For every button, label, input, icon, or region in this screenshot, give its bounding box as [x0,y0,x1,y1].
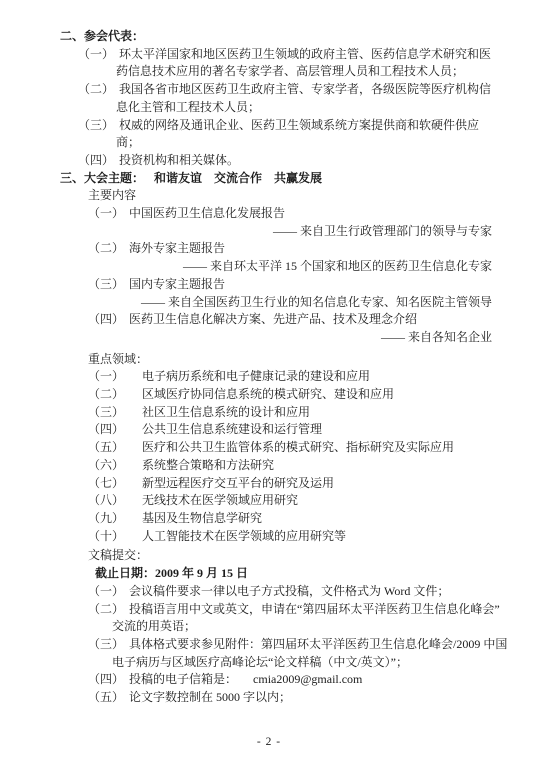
key-area-item: （二）区域医疗协同信息系统的模式研究、建设和应用 [88,386,492,404]
item-text: 电子病历系统和电子健康记录的建设和应用 [142,369,370,383]
key-area-item: （五）医疗和公共卫生监管体系的模式研究、指标研究及实际应用 [88,439,492,457]
item-text: 权威的网络及通讯企业、医药卫生领域系统方案提供商和软硬件供应 [119,118,479,132]
item-text: 中国医药卫生信息化发展报告 [129,206,285,220]
item-marker: （九） [88,510,137,528]
item-text: 系统整合策略和方法研究 [142,458,274,472]
item-marker: （二） [88,241,124,255]
item-marker: （五） [88,439,137,457]
item-text: 息化主管和工程技术人员； [116,99,492,117]
item-marker: （四） [88,672,124,686]
item-marker: （三） [88,277,124,291]
key-area-item: （七）新型远程医疗交互平台的研究及运用 [88,475,492,493]
submission-item: （四）投稿的电子信箱是：cmia2009@gmail.com [88,671,492,689]
item-text: 环太平洋国家和地区医药卫生领域的政府主管、医药信息学术研究和医 [119,47,491,61]
item-marker: （三） [88,404,137,422]
item-marker: （二） [78,82,114,96]
report-item: （三）国内专家主题报告 [88,276,492,294]
item-text: 投资机构和相关媒体。 [119,153,239,167]
item-marker: （七） [88,475,137,493]
item-marker: （八） [88,492,137,510]
submission-email: cmia2009@gmail.com [253,672,362,686]
item-marker: （四） [78,153,114,167]
item-marker: （四） [88,312,124,326]
item-text: 药信息技术应用的著名专家学者、高层管理人员和工程技术人员； [116,63,492,81]
item-marker: （五） [88,690,124,704]
item-marker: （二） [88,386,137,404]
key-area-item: （三）社区卫生信息系统的设计和应用 [88,404,492,422]
participant-item: （四）投资机构和相关媒体。 [78,152,492,170]
item-text: 医药卫生信息化解决方案、先进产品、技术及理念介绍 [129,312,417,326]
key-area-item: （八）无线技术在医学领域应用研究 [88,492,492,510]
item-text: 电子病历与区域医疗高峰论坛“论文样稿（中文/英文）”； [112,654,492,672]
item-marker: （三） [78,118,114,132]
item-marker: （一） [88,206,124,220]
item-text: 投稿的电子信箱是： [129,672,237,686]
item-text: 社区卫生信息系统的设计和应用 [142,405,310,419]
item-text: 新型远程医疗交互平台的研究及运用 [142,476,334,490]
item-text: 基因及生物信息学研究 [142,511,262,525]
item-text: 人工智能技术在医学领域的应用研究等 [142,529,346,543]
item-text: 投稿语言用中文或英文，申请在“第四届环太平洋医药卫生信息化峰会” [129,602,500,616]
item-text: 国内专家主题报告 [129,277,225,291]
item-text: 医疗和公共卫生监管体系的模式研究、指标研究及实际应用 [142,440,454,454]
submission-heading: 文稿提交： [88,547,492,565]
item-marker: （一） [88,584,124,598]
item-marker: （六） [88,457,137,475]
item-text: 交流的用英语； [112,618,492,636]
item-text: 无线技术在医学领域应用研究 [142,493,298,507]
participant-item: （二）我国各省市地区医药卫生政府主管、专家学者，各级医院等医疗机构信 息化主管和… [78,81,492,116]
key-areas-heading: 重点领域： [88,351,492,369]
item-text: 我国各省市地区医药卫生政府主管、专家学者，各级医院等医疗机构信 [119,82,491,96]
item-text: 公共卫生信息系统建设和运行管理 [142,422,322,436]
report-source: —— 来自环太平洋 15 个国家和地区的医药卫生信息化专家 [60,258,492,276]
submission-item: （五）论文字数控制在 5000 字以内； [88,689,492,707]
item-marker: （十） [88,528,137,546]
participant-item: （三）权威的网络及通讯企业、医药卫生领域系统方案提供商和软硬件供应 商； [78,117,492,152]
document-page: 二、参会代表： （一）环太平洋国家和地区医药卫生领域的政府主管、医药信息学术研究… [0,0,538,766]
participant-item: （一）环太平洋国家和地区医药卫生领域的政府主管、医药信息学术研究和医 药信息技术… [78,46,492,81]
report-item: （四）医药卫生信息化解决方案、先进产品、技术及理念介绍 [88,311,492,329]
key-area-item: （一）电子病历系统和电子健康记录的建设和应用 [88,368,492,386]
item-text: 论文字数控制在 5000 字以内； [129,690,291,704]
item-marker: （四） [88,421,137,439]
submission-item: （一）会议稿件要求一律以电子方式投稿，文件格式为 Word 文件； [88,583,492,601]
item-text: 海外专家主题报告 [129,241,225,255]
key-area-item: （九）基因及生物信息学研究 [88,510,492,528]
submission-item: （二）投稿语言用中文或英文，申请在“第四届环太平洋医药卫生信息化峰会” 交流的用… [88,601,492,636]
key-area-item: （十）人工智能技术在医学领域的应用研究等 [88,528,492,546]
item-text: 会议稿件要求一律以电子方式投稿，文件格式为 Word 文件； [129,584,449,598]
section-participants-heading: 二、参会代表： [60,28,492,46]
item-marker: （三） [88,637,124,651]
item-text: 区域医疗协同信息系统的模式研究、建设和应用 [142,387,394,401]
report-source: —— 来自卫生行政管理部门的领导与专家 [60,223,492,241]
key-area-item: （四）公共卫生信息系统建设和运行管理 [88,421,492,439]
theme-text: 和谐友谊 交流合作 共赢发展 [154,171,322,185]
item-marker: （二） [88,602,124,616]
submission-deadline: 截止日期：2009 年 9 月 15 日 [95,565,492,583]
report-source: —— 来自各知名企业 [60,329,492,347]
item-text: 具体格式要求参见附件：第四届环太平洋医药卫生信息化峰会/2009 中国 [129,637,507,651]
item-marker: （一） [78,47,114,61]
main-content-heading: 主要内容 [88,187,492,205]
theme-heading-label: 三、大会主题： [60,171,144,185]
report-item: （二）海外专家主题报告 [88,240,492,258]
report-item: （一）中国医药卫生信息化发展报告 [88,205,492,223]
report-source: —— 来自全国医药卫生行业的知名信息化专家、知名医院主管领导 [60,294,492,312]
item-marker: （一） [88,368,137,386]
key-area-item: （六）系统整合策略和方法研究 [88,457,492,475]
section-theme-heading: 三、大会主题：和谐友谊 交流合作 共赢发展 [60,170,492,188]
submission-item: （三）具体格式要求参见附件：第四届环太平洋医药卫生信息化峰会/2009 中国 电… [88,636,492,671]
item-text: 商； [116,134,492,152]
page-number: - 2 - [0,734,538,752]
